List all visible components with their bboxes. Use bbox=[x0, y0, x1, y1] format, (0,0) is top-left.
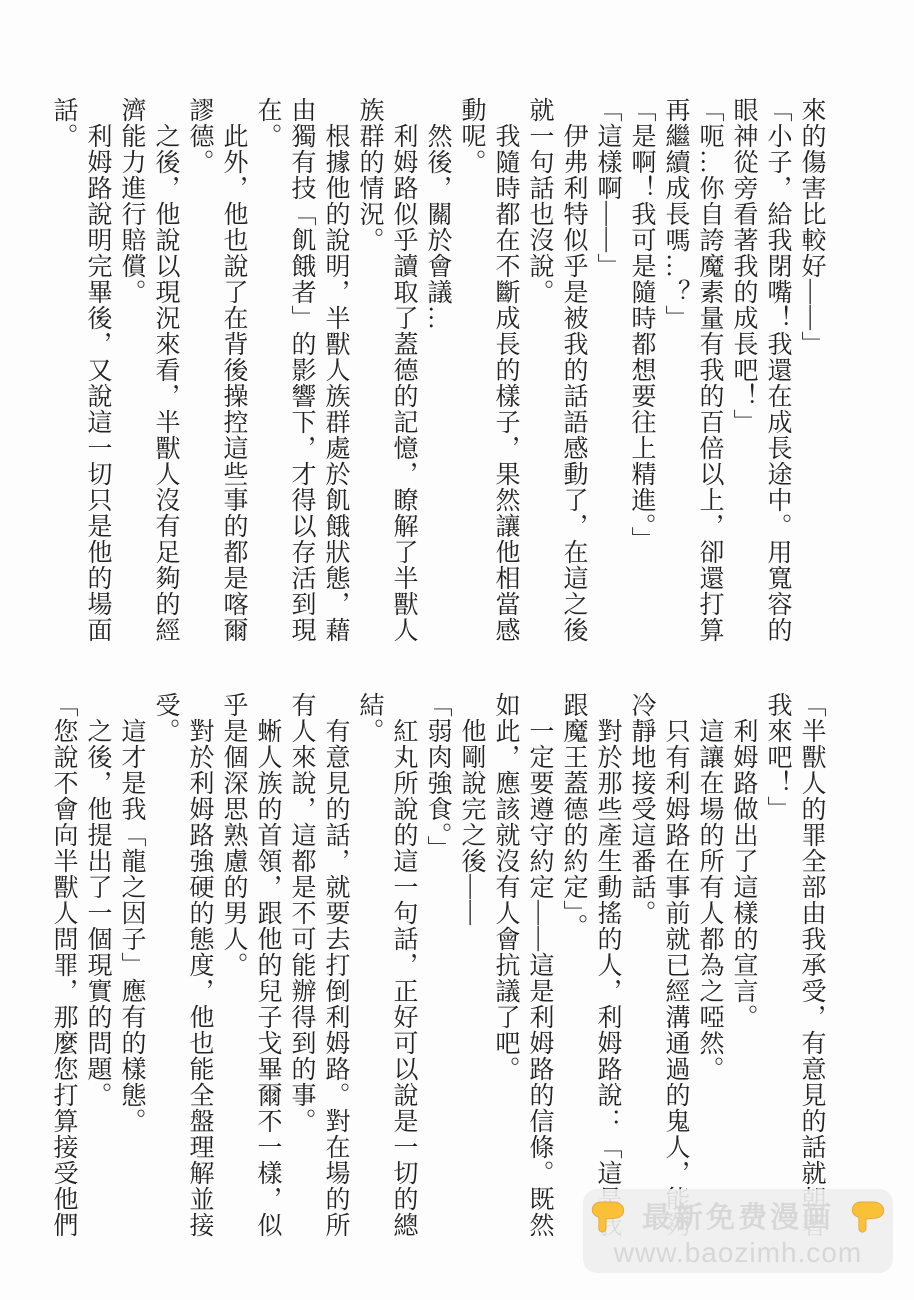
text-column: 對於那些產生動搖的人，利姆路說：「這是我 bbox=[590, 692, 624, 1274]
text-column: 然後，關於會議… bbox=[420, 97, 454, 679]
top-text-block: 來的傷害比較好——」「小子，給我閉嘴！我還在成長途中。用寬容的眼神從旁看著我的成… bbox=[44, 97, 828, 653]
text-column: 此外，他也說了在背後操控這些事的都是喀爾 bbox=[216, 97, 250, 679]
text-column: 對於利姆路強硬的態度，他也能全盤理解並接 bbox=[182, 692, 216, 1274]
text-column: 伊弗利特似乎是被我的話語感動了，在這之後 bbox=[556, 97, 590, 679]
watermark-url: www.baozimh.com bbox=[614, 1237, 862, 1269]
watermark-title: 最新免费漫画 bbox=[642, 1195, 834, 1236]
text-column: 這才是我「龍之因子」應有的樣態。 bbox=[114, 692, 148, 1274]
text-column: 在。 bbox=[250, 97, 284, 653]
text-column: 只有利姆路在事前就已經溝通過的鬼人，能夠 bbox=[658, 692, 692, 1274]
text-column: 再繼續成長嗎…？」 bbox=[658, 97, 692, 653]
text-column: 「是啊！我可是隨時都想要往上精進。」 bbox=[624, 97, 658, 653]
text-column: 他剛說完之後—— bbox=[454, 692, 488, 1274]
text-column: 話。 bbox=[46, 97, 80, 653]
text-column: 濟能力進行賠償。 bbox=[114, 97, 148, 653]
text-column: 來的傷害比較好——」 bbox=[794, 97, 828, 653]
text-column: 我來吧！」 bbox=[760, 692, 794, 1248]
text-column: 由獨有技「飢餓者」的影響下，才得以存活到現 bbox=[284, 97, 318, 653]
text-column: 受。 bbox=[148, 692, 182, 1248]
text-column: 眼神從旁看著我的成長吧！」 bbox=[726, 97, 760, 653]
text-column: 結。 bbox=[352, 692, 386, 1248]
text-column: 就一句話也沒說。 bbox=[522, 97, 556, 653]
pointing-down-hand-icon bbox=[851, 1197, 885, 1235]
text-column: 謬德。 bbox=[182, 97, 216, 653]
text-column: 冷靜地接受這番話。 bbox=[624, 692, 658, 1248]
text-column: 「您說不會向半獸人問罪，那麼您打算接受他們 bbox=[46, 692, 80, 1248]
text-column: 一定要遵守約定——這是利姆路的信條。既然 bbox=[522, 692, 556, 1274]
text-column: 有意見的話，就要去打倒利姆路。對在場的所 bbox=[318, 692, 352, 1274]
text-column: 「這樣啊——」 bbox=[590, 97, 624, 653]
novel-page: 來的傷害比較好——」「小子，給我閉嘴！我還在成長途中。用寬容的眼神從旁看著我的成… bbox=[0, 0, 914, 1300]
text-column: 有人來說，這都是不可能辦得到的事。 bbox=[284, 692, 318, 1248]
text-column: 「半獸人的罪全部由我承受，有意見的話就朝著 bbox=[794, 692, 828, 1248]
text-column: 之後，他說以現況來看，半獸人沒有足夠的經 bbox=[148, 97, 182, 679]
text-column: 「呃…你自誇魔素量有我的百倍以上，卻還打算 bbox=[692, 97, 726, 653]
text-column: 「弱肉強食。」 bbox=[420, 692, 454, 1248]
bottom-text-block: 「半獸人的罪全部由我承受，有意見的話就朝著我來吧！」利姆路做出了這樣的宣言。這讓… bbox=[44, 692, 828, 1248]
watermark-banner[interactable]: 最新免费漫画 www.baozimh.com bbox=[583, 1189, 893, 1273]
text-column: 這讓在場的所有人都為之啞然。 bbox=[692, 692, 726, 1274]
text-column: 我隨時都在不斷成長的樣子，果然讓他相當感 bbox=[488, 97, 522, 679]
text-column: 「小子，給我閉嘴！我還在成長途中。用寬容的 bbox=[760, 97, 794, 653]
text-column: 如此，應該就沒有人會抗議了吧。 bbox=[488, 692, 522, 1248]
text-column: 族群的情況。 bbox=[352, 97, 386, 653]
text-column: 之後，他提出了一個現實的問題。 bbox=[80, 692, 114, 1274]
text-column: 跟魔王蓋德的約定」。 bbox=[556, 692, 590, 1248]
text-column: 動呢。 bbox=[454, 97, 488, 653]
text-column: 根據他的說明，半獸人族群處於飢餓狀態，藉 bbox=[318, 97, 352, 679]
pointing-down-hand-icon bbox=[591, 1197, 625, 1235]
text-column: 蜥人族的首領，跟他的兒子戈畢爾不一樣，似 bbox=[250, 692, 284, 1274]
text-column: 利姆路似乎讀取了蓋德的記憶，瞭解了半獸人 bbox=[386, 97, 420, 679]
text-column: 利姆路說明完畢後，又說這一切只是他的場面 bbox=[80, 97, 114, 679]
text-column: 紅丸所說的這一句話，正好可以說是一切的總 bbox=[386, 692, 420, 1274]
text-column: 利姆路做出了這樣的宣言。 bbox=[726, 692, 760, 1274]
text-column: 乎是個深思熟慮的男人。 bbox=[216, 692, 250, 1248]
